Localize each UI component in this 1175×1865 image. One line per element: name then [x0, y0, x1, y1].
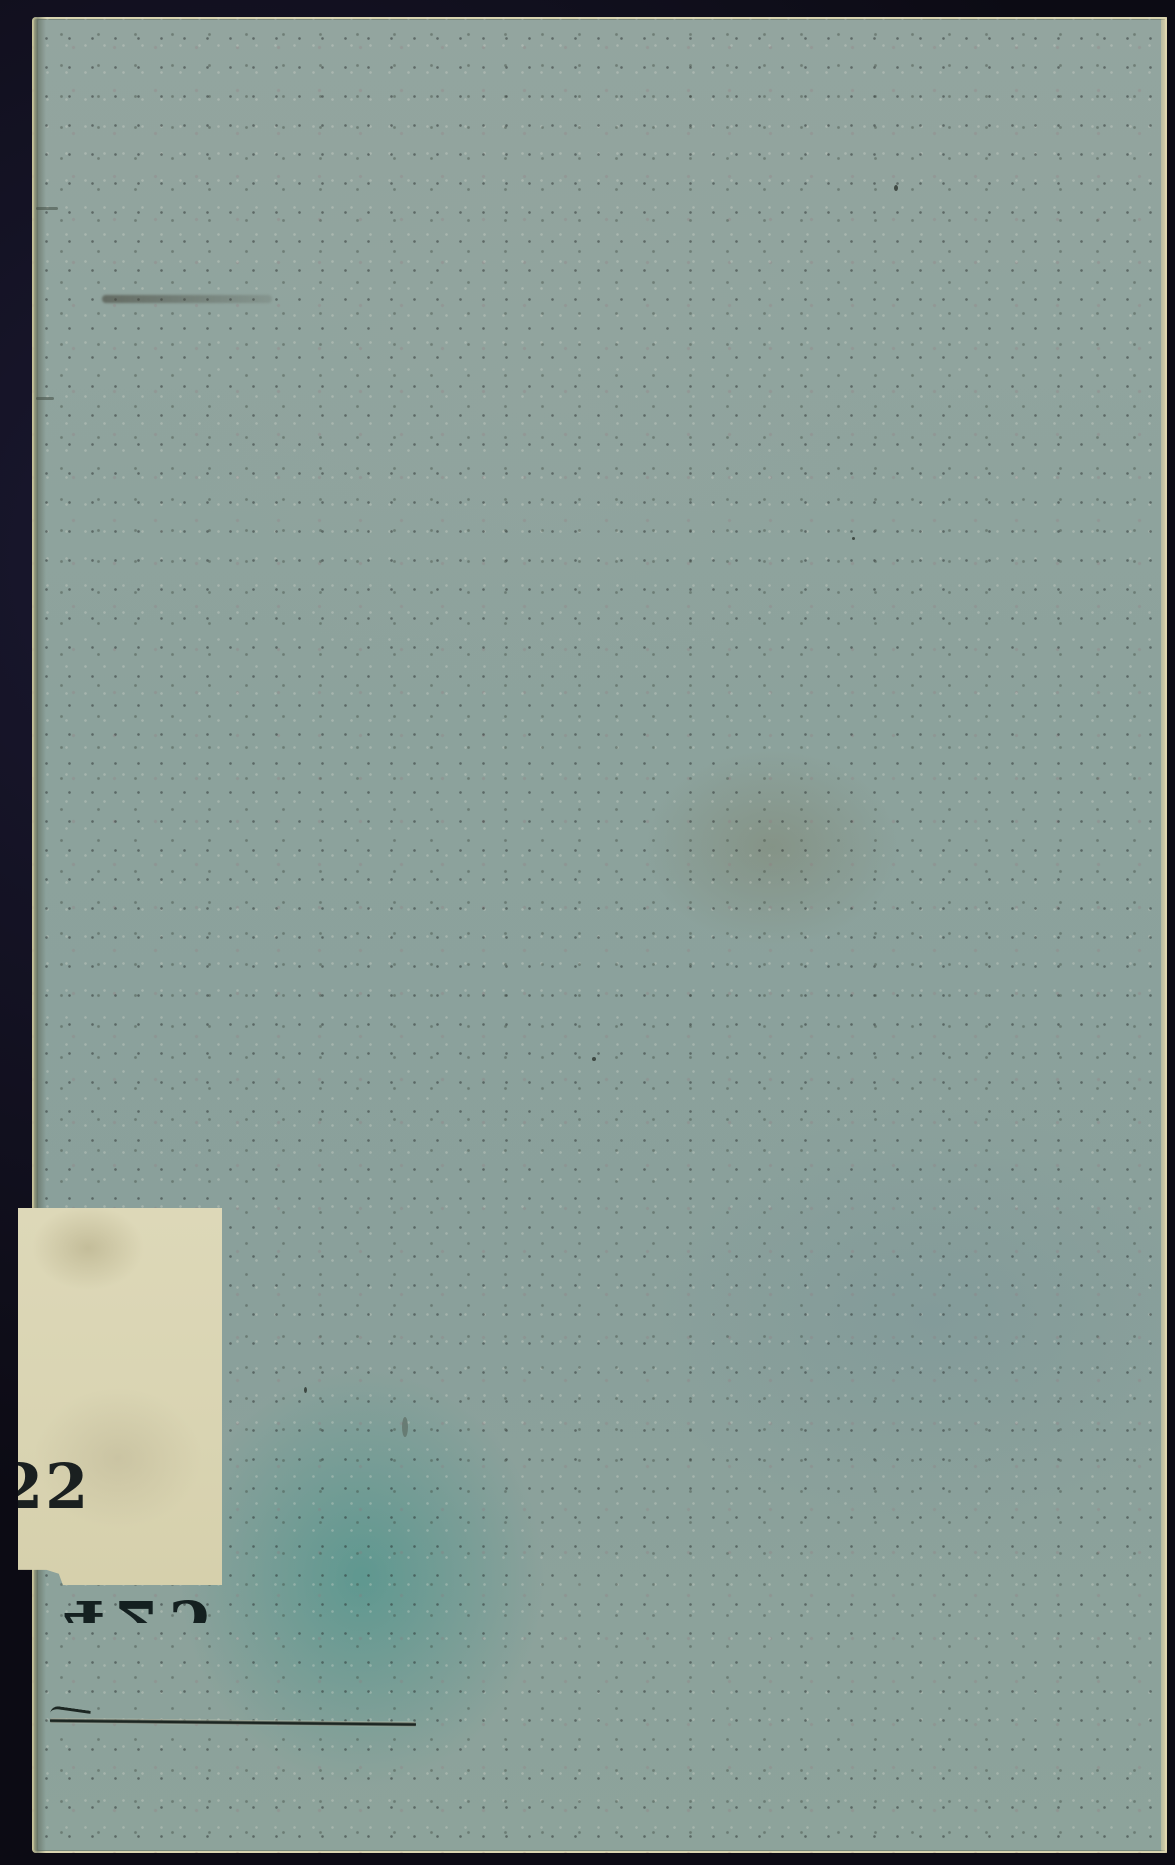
- foxing-spot: [592, 1057, 596, 1061]
- page-edge: [1161, 17, 1167, 1853]
- cut-call-number: 425: [62, 1585, 222, 1623]
- ink-smudge: [102, 295, 272, 303]
- stain: [402, 1417, 408, 1437]
- spine-fold: [32, 17, 46, 1853]
- foxing-spot: [894, 185, 898, 191]
- foxing-spot: [852, 537, 855, 540]
- foxing-spot: [304, 1387, 307, 1393]
- label-number: 22: [18, 1432, 118, 1542]
- fold-crease: [36, 397, 54, 400]
- cut-call-number-text: 425: [62, 1585, 221, 1623]
- fold-crease: [36, 207, 58, 210]
